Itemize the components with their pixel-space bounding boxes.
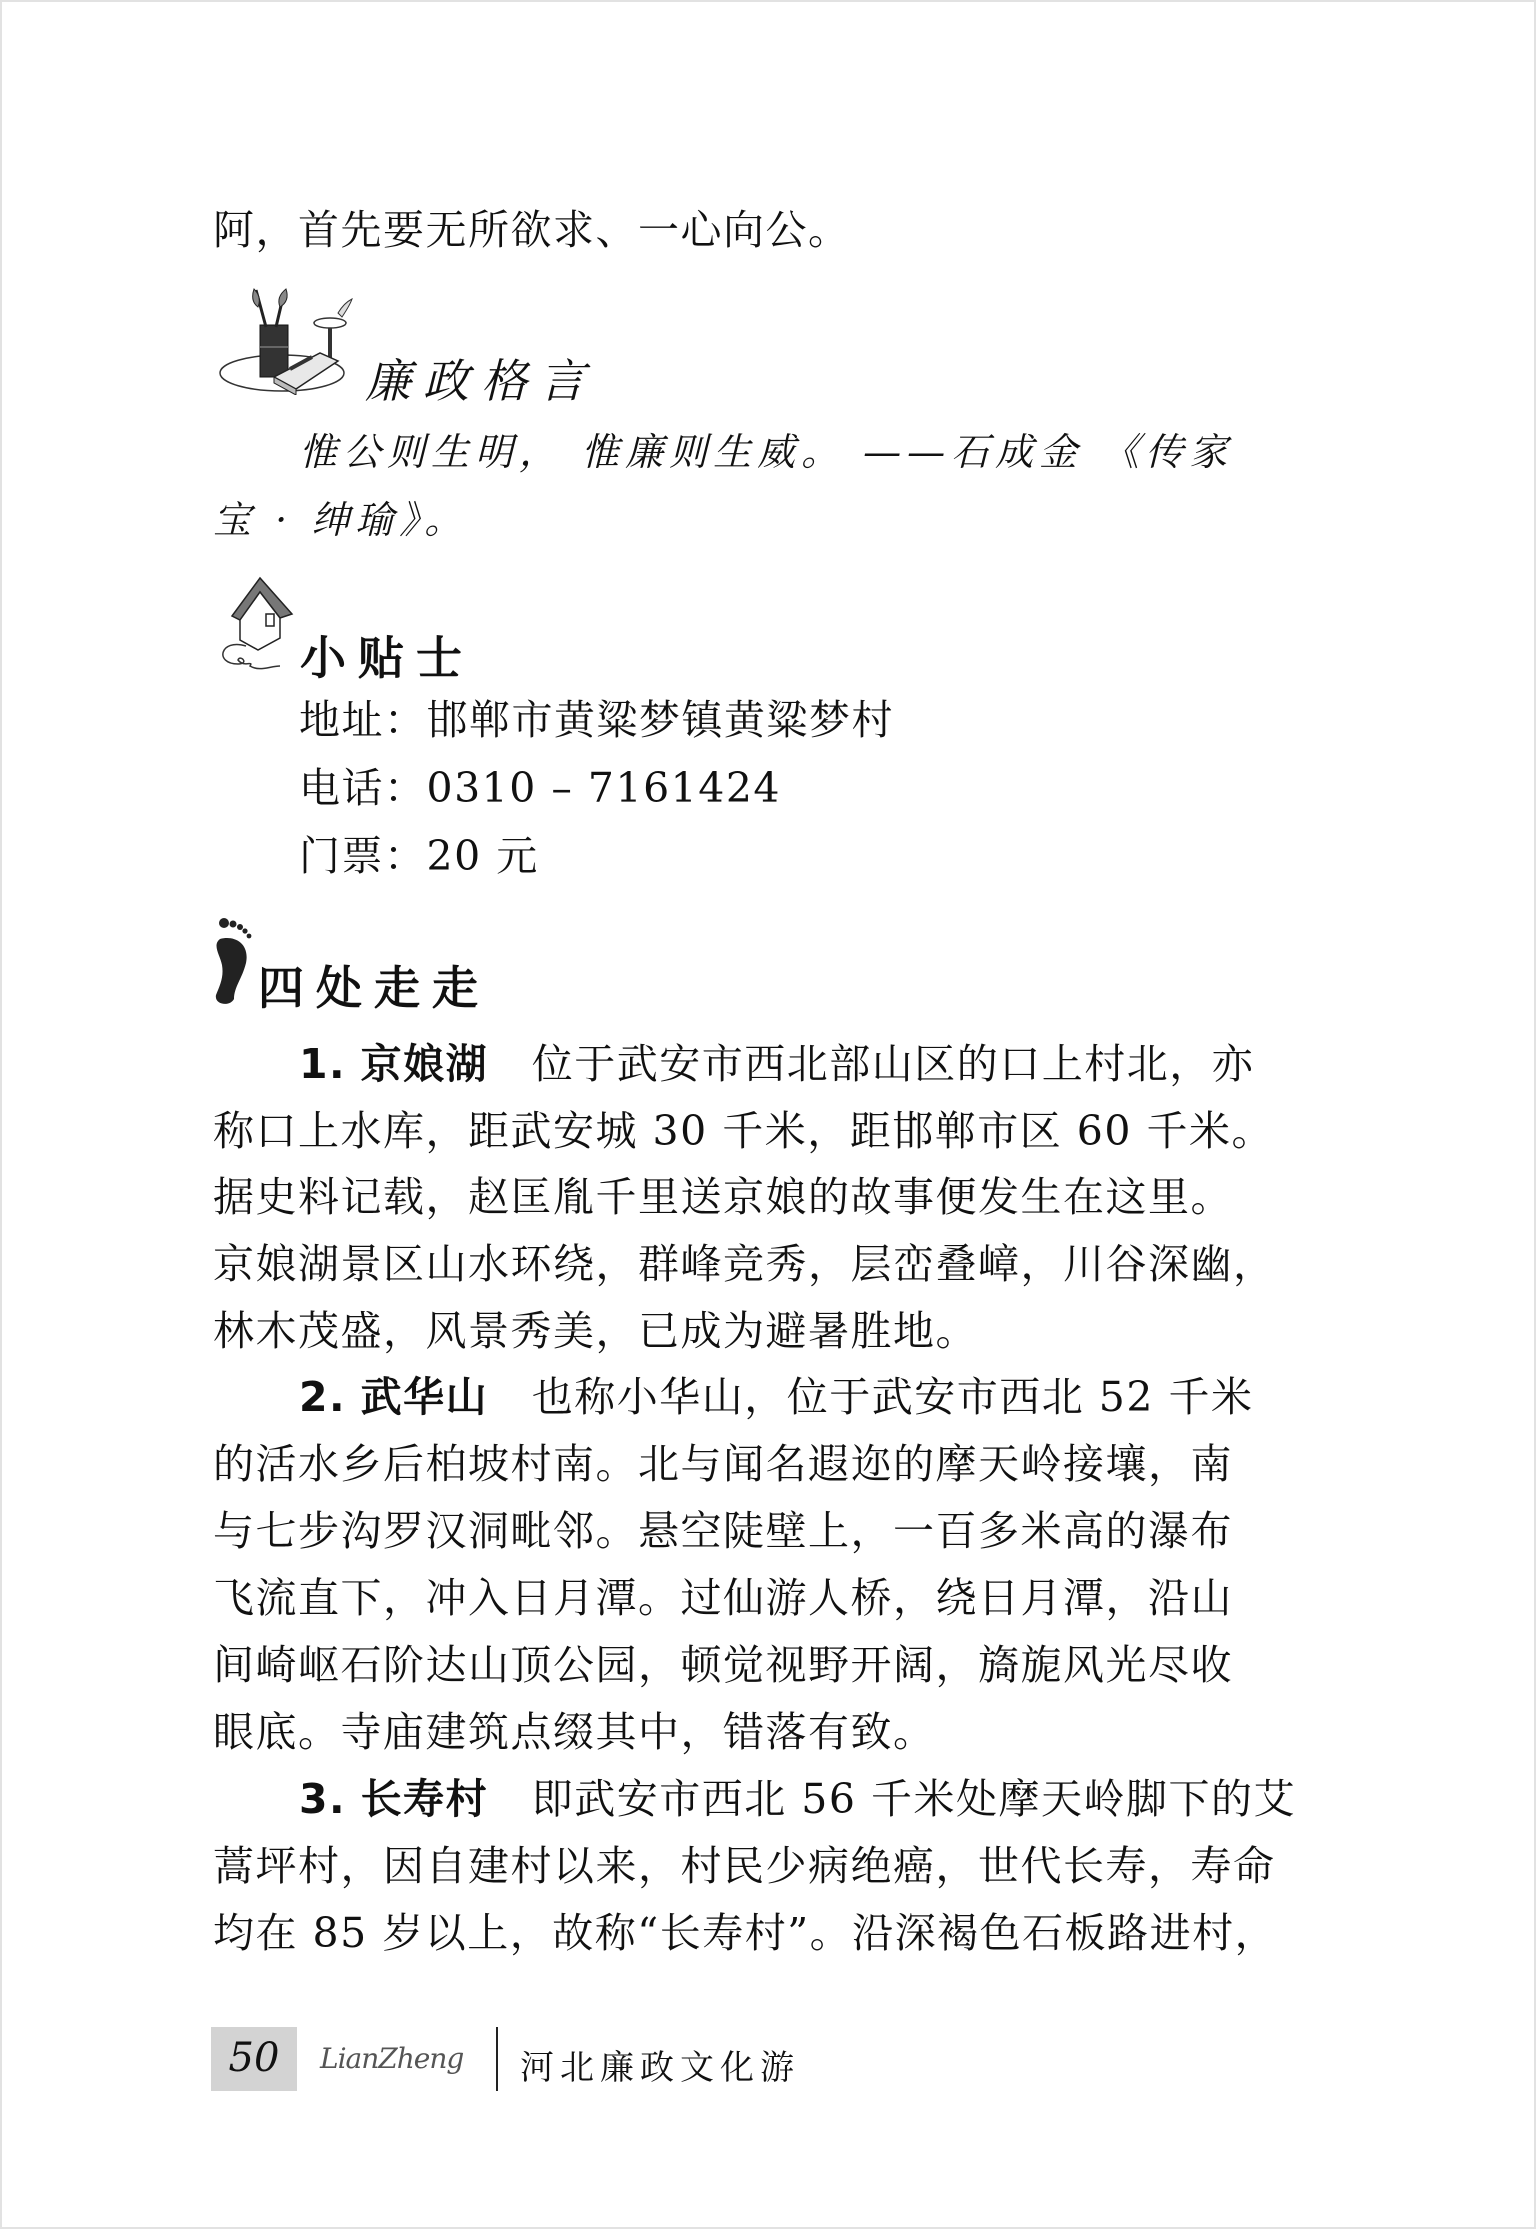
tip-phone-label: 电话： bbox=[299, 764, 427, 812]
motto-line-1: 惟公则生明， 惟廉则生威。 ——石成金 《传家 bbox=[299, 428, 1233, 476]
page-number: 50 bbox=[211, 2035, 297, 2081]
entry-2-line-4: 飞流直下，冲入日月潭。过仙游人桥，绕日月潭，沿山 bbox=[213, 1574, 1233, 1622]
entry-3-number: 3. bbox=[299, 1775, 346, 1823]
entry-2-line-5: 间崎岖石阶达山顶公园，顿觉视野开阔，旖旎风光尽收 bbox=[213, 1641, 1233, 1689]
tip-ticket: 门票：20 元 bbox=[299, 832, 539, 880]
entry-2-text: 也称小华山，位于武安市西北 52 千米 bbox=[532, 1373, 1254, 1421]
entry-1-title: 京娘湖 bbox=[361, 1040, 489, 1088]
entry-2-line-6: 眼底。寺庙建筑点缀其中，错落有致。 bbox=[213, 1708, 936, 1756]
tip-phone: 电话：0310 – 7161424 bbox=[299, 764, 781, 812]
tip-phone-value: 0310 – 7161424 bbox=[427, 764, 782, 812]
motto-heading: 廉政格言 bbox=[365, 345, 597, 411]
entry-1-line-2: 称口上水库，距武安城 30 千米，距邯郸市区 60 千米。 bbox=[213, 1107, 1274, 1155]
entry-2-line-3: 与七步沟罗汉洞毗邻。悬空陡壁上，一百多米高的瀑布 bbox=[213, 1507, 1233, 1555]
tip-ticket-label: 门票： bbox=[299, 832, 427, 880]
book-title: 河北廉政文化游 bbox=[520, 2040, 800, 2089]
entry-1-line-5: 林木茂盛，风景秀美，已成为避暑胜地。 bbox=[213, 1307, 978, 1355]
entry-3-title: 长寿村 bbox=[361, 1775, 489, 1823]
intro-line: 阿，首先要无所欲求、一心向公。 bbox=[213, 206, 851, 254]
entry-2-title: 武华山 bbox=[361, 1373, 489, 1421]
entry-3-line-3: 均在 85 岁以上，故称“长寿村”。沿深褐色石板路进村， bbox=[213, 1909, 1277, 1957]
entry-3-text: 即武安市西北 56 千米处摩天岭脚下的艾 bbox=[532, 1775, 1296, 1823]
brush-pot-and-book-icon bbox=[212, 285, 362, 395]
page-number-box: 50 bbox=[211, 2027, 297, 2091]
entry-1-line-4: 京娘湖景区山水环绕，群峰竞秀，层峦叠嶂，川谷深幽， bbox=[213, 1240, 1276, 1288]
tip-address-label: 地址： bbox=[299, 696, 427, 744]
entry-3-line-1: 3. 长寿村 即武安市西北 56 千米处摩天岭脚下的艾 bbox=[299, 1775, 1296, 1823]
motto-line-2: 宝 · 绅瑜》。 bbox=[213, 496, 468, 544]
entry-1-text: 位于武安市西北部山区的口上村北，亦 bbox=[532, 1040, 1255, 1088]
tip-ticket-value: 20 元 bbox=[427, 832, 539, 880]
entry-1-number: 1. bbox=[299, 1040, 346, 1088]
entry-2-number: 2. bbox=[299, 1373, 346, 1421]
house-icon bbox=[210, 568, 300, 678]
tip-address: 地址：邯郸市黄粱梦镇黄粱梦村 bbox=[299, 696, 894, 744]
footprint-icon bbox=[210, 915, 254, 1005]
entry-2-line-1: 2. 武华山 也称小华山，位于武安市西北 52 千米 bbox=[299, 1373, 1254, 1421]
entry-3-line-2: 蒿坪村，因自建村以来，村民少病绝癌，世代长寿，寿命 bbox=[213, 1842, 1276, 1890]
tips-heading: 小贴士 bbox=[300, 622, 474, 688]
entry-1-line-3: 据史料记载，赵匡胤千里送京娘的故事便发生在这里。 bbox=[213, 1173, 1233, 1221]
entry-1-line-1: 1. 京娘湖 位于武安市西北部山区的口上村北，亦 bbox=[299, 1040, 1254, 1088]
footer-script-logo: LianZheng bbox=[320, 2042, 463, 2075]
around-heading: 四处走走 bbox=[258, 952, 490, 1018]
tip-address-value: 邯郸市黄粱梦镇黄粱梦村 bbox=[427, 696, 895, 744]
footer-divider bbox=[496, 2027, 498, 2091]
entry-2-line-2: 的活水乡后柏坡村南。北与闻名遐迩的摩天岭接壤，南 bbox=[213, 1440, 1233, 1488]
